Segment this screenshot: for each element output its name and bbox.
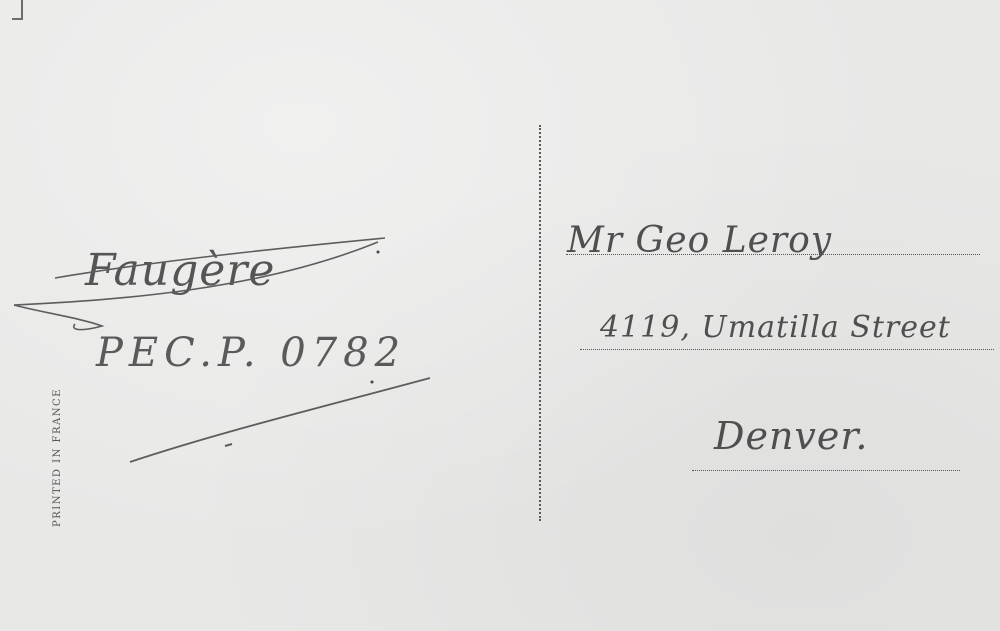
handwritten-reference-number: PEC.P. 0782	[96, 330, 406, 376]
postcard-back: Faugère PEC.P. 0782 PRINTED IN FRANCE Mr…	[0, 0, 1000, 631]
printed-in-france-label: PRINTED IN FRANCE	[52, 388, 63, 527]
handwritten-signature: Faugère	[85, 245, 275, 296]
center-divider	[539, 125, 541, 521]
corner-crop-mark	[12, 0, 23, 20]
addressee-street: 4119, Umatilla Street	[600, 310, 951, 345]
addressee-name: Mr Geo Leroy	[567, 220, 832, 261]
addressee-city: Denver.	[714, 414, 868, 458]
address-line-2-rule	[580, 349, 994, 350]
address-line-3-rule	[692, 470, 960, 471]
